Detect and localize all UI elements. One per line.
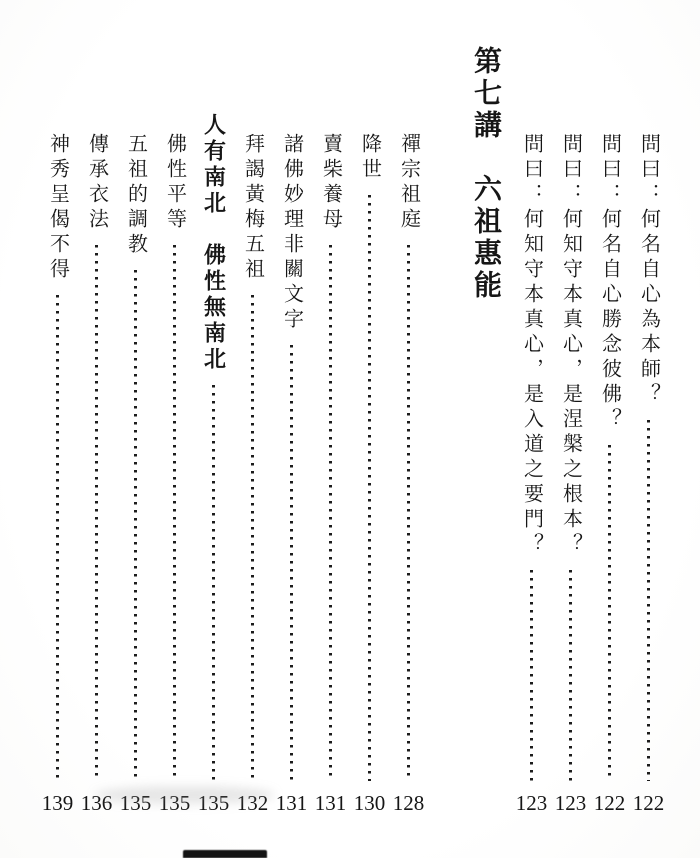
toc-entry: 問曰：何名自心為本師？ 122 — [629, 38, 668, 814]
dotted-leader — [608, 445, 611, 781]
toc-entry: 賣柴養母 131 — [311, 38, 350, 814]
toc-entry: 問曰：何名自心勝念彼佛？ 122 — [590, 38, 629, 814]
toc-entry-title: 禪宗祖庭 — [399, 38, 419, 233]
page-number: 122 — [633, 790, 665, 814]
toc-entry: 傳承衣法 136 — [77, 38, 116, 814]
chapter-title-text: 第七講 六祖惠能 — [471, 38, 499, 302]
toc-entry-title: 五祖的調教 — [126, 38, 146, 258]
dotted-leader — [569, 570, 572, 781]
dotted-leader — [647, 420, 650, 781]
dotted-leader — [329, 245, 332, 781]
table-of-contents: 問曰：何名自心為本師？ 122 問曰：何名自心勝念彼佛？ 122 問曰：何知守本… — [28, 38, 668, 814]
dotted-leader — [290, 345, 293, 781]
page-number: 123 — [555, 790, 587, 814]
toc-entry-title: 問曰：何知守本真心，是涅槃之根本？ — [561, 38, 581, 558]
toc-entry-title: 拜謁黃梅五祖 — [243, 38, 263, 283]
toc-entry-title: 問曰：何名自心為本師？ — [639, 38, 659, 408]
toc-entry: 禪宗祖庭 128 — [389, 38, 428, 814]
toc-entry-title: 佛性平等 — [165, 38, 185, 233]
page-number: 131 — [315, 790, 347, 814]
page-number: 122 — [594, 790, 626, 814]
toc-entry: 問曰：何知守本真心，是入道之要門？ 123 — [512, 38, 551, 814]
dotted-leader — [407, 245, 410, 781]
toc-entry-title: 問曰：何名自心勝念彼佛？ — [600, 38, 620, 433]
page-number: 130 — [354, 790, 386, 814]
page-number: 128 — [393, 790, 425, 814]
toc-entry: 佛性平等 135 — [155, 38, 194, 814]
chapter-title: 第七講 六祖惠能 — [441, 38, 499, 814]
toc-entry-title: 賣柴養母 — [321, 38, 341, 233]
dotted-leader — [173, 245, 176, 781]
toc-entry-title: 傳承衣法 — [87, 38, 107, 233]
toc-entry-title: 問曰：何知守本真心，是入道之要門？ — [522, 38, 542, 558]
toc-entry: 神秀呈偈不得 139 — [38, 38, 77, 814]
dotted-leader — [251, 295, 254, 781]
toc-entry: 五祖的調教 135 — [116, 38, 155, 814]
scan-artifact-bar — [183, 850, 267, 858]
dotted-leader — [95, 245, 98, 781]
dotted-leader — [368, 195, 371, 781]
toc-entry: 拜謁黃梅五祖 132 — [233, 38, 272, 814]
page-number: 139 — [42, 790, 74, 814]
dotted-leader — [530, 570, 533, 781]
dotted-leader — [56, 295, 59, 781]
book-page: 問曰：何名自心為本師？ 122 問曰：何名自心勝念彼佛？ 122 問曰：何知守本… — [0, 0, 700, 858]
toc-entry-title: 神秀呈偈不得 — [48, 38, 68, 283]
toc-entry: 諸佛妙理非關文字 131 — [272, 38, 311, 814]
toc-entry-title: 人有南北 佛性無南北 — [203, 38, 225, 373]
toc-entry: 降世 130 — [350, 38, 389, 814]
dotted-leader — [212, 385, 215, 781]
page-number: 123 — [516, 790, 548, 814]
toc-entry-title: 降世 — [360, 38, 380, 183]
toc-entry-title: 諸佛妙理非關文字 — [282, 38, 302, 333]
dotted-leader — [134, 270, 137, 781]
toc-entry-section-heading: 人有南北 佛性無南北 135 — [194, 38, 233, 814]
page-number: 131 — [276, 790, 308, 814]
scan-smudge — [95, 786, 275, 804]
toc-entry: 問曰：何知守本真心，是涅槃之根本？ 123 — [551, 38, 590, 814]
